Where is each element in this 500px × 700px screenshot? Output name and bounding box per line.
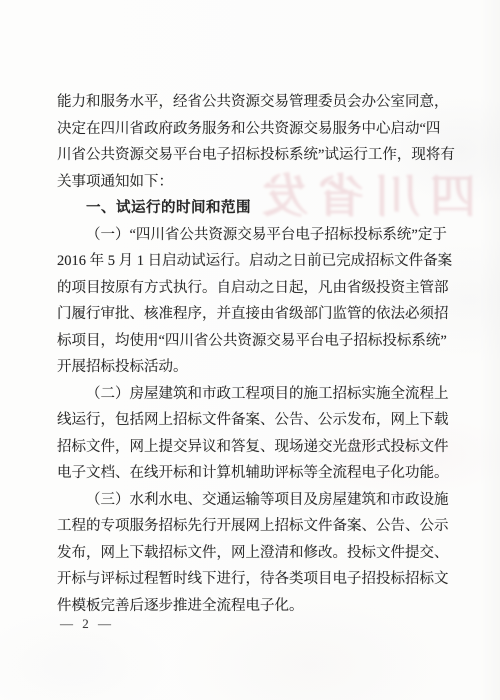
text-line: （一）“四川省公共资源交易平台电子招标投标系统”定于 xyxy=(57,222,455,249)
text-line: 发布，网上下载招标文件，网上澄清和修改。投标文件提交、 xyxy=(57,540,455,567)
document-body-text: 能力和服务水平，经省公共资源交易管理委员会办公室同意，决定在四川省政府政务服务和… xyxy=(57,89,455,619)
text-line: 川省公共资源交易平台电子招标投标系统”试运行工作，现将有 xyxy=(57,142,455,169)
paragraph: 能力和服务水平，经省公共资源交易管理委员会办公室同意，决定在四川省政府政务服务和… xyxy=(57,89,455,195)
text-line: 能力和服务水平，经省公共资源交易管理委员会办公室同意， xyxy=(57,89,455,116)
text-line: 工程的专项服务招标先行开展网上招标文件备案、公告、公示 xyxy=(57,513,455,540)
scanned-document-page: 四川省发 能力和服务水平，经省公共资源交易管理委员会办公室同意，决定在四川省政府… xyxy=(0,0,500,700)
section-heading: 一、试运行的时间和范围 xyxy=(57,195,455,222)
text-line: 标项目，均使用“四川省公共资源交易平台电子招标投标系统” xyxy=(57,328,455,355)
text-line: 的项目按原有方式执行。自启动之日起，凡由省级投资主管部 xyxy=(57,275,455,302)
text-line: （二）房屋建筑和市政工程项目的施工招标实施全流程上 xyxy=(57,381,455,408)
page-number: — 2 — xyxy=(60,616,114,632)
text-line: 开展招标投标活动。 xyxy=(57,354,455,381)
text-line: 门履行审批、核准程序，并直接由省级部门监管的依法必须招 xyxy=(57,301,455,328)
text-line: 一、试运行的时间和范围 xyxy=(57,195,455,222)
text-line: （三）水利水电、交通运输等项目及房屋建筑和市政设施 xyxy=(57,487,455,514)
paragraph: （三）水利水电、交通运输等项目及房屋建筑和市政设施工程的专项服务招标先行开展网上… xyxy=(57,487,455,620)
text-line: 开标与评标过程暂时线下进行，待各类项目电子招投标招标文 xyxy=(57,566,455,593)
text-line: 决定在四川省政府政务服务和公共资源交易服务中心启动“四 xyxy=(57,116,455,143)
text-line: 2016 年 5 月 1 日启动试运行。启动之日前已完成招标文件备案 xyxy=(57,248,455,275)
paragraph: （一）“四川省公共资源交易平台电子招标投标系统”定于2016 年 5 月 1 日… xyxy=(57,222,455,381)
text-line: 线运行，包括网上招标文件备案、公告、公示发布，网上下载 xyxy=(57,407,455,434)
text-line: 电子文档、在线开标和计算机辅助评标等全流程电子化功能。 xyxy=(57,460,455,487)
paragraph: （二）房屋建筑和市政工程项目的施工招标实施全流程上线运行，包括网上招标文件备案、… xyxy=(57,381,455,487)
text-line: 关事项通知如下： xyxy=(57,169,455,196)
text-line: 件模板完善后逐步推进全流程电子化。 xyxy=(57,593,455,620)
text-line: 招标文件，网上提交异议和答复、现场递交光盘形式投标文件 xyxy=(57,434,455,461)
